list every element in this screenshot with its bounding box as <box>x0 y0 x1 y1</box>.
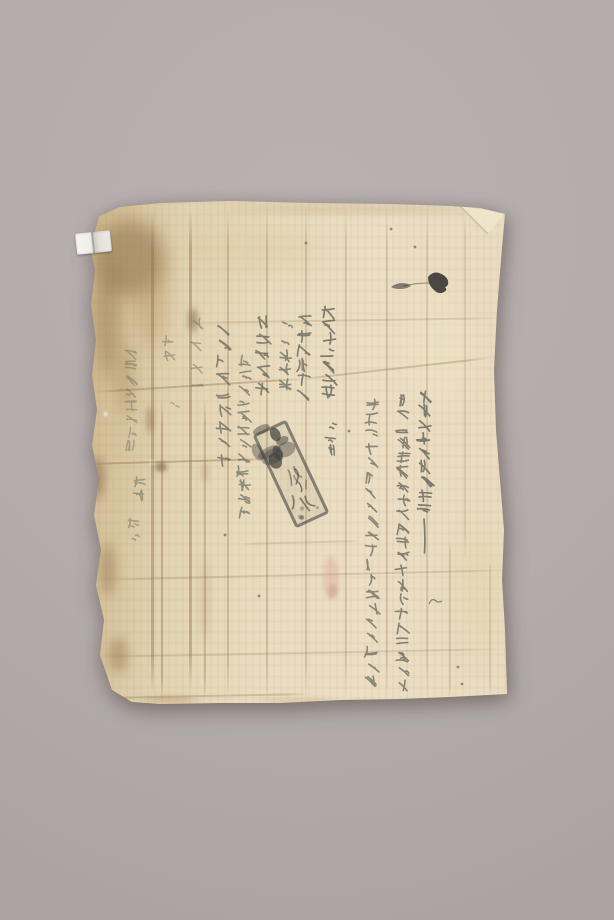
red-smudge <box>328 584 338 598</box>
ink-stamp <box>243 415 327 530</box>
ink-speck <box>305 242 308 245</box>
handwriting-column <box>216 326 231 466</box>
manuscript-paper <box>0 0 614 920</box>
handwriting-column <box>417 391 434 553</box>
handwriting-column <box>190 318 203 386</box>
ink-speck <box>414 246 417 249</box>
ink-blot <box>428 273 448 294</box>
handwriting-column <box>163 336 175 361</box>
handwriting-column <box>237 355 252 517</box>
ink-speck <box>224 534 227 537</box>
handwriting-column <box>325 423 336 455</box>
ink-speck <box>258 595 261 598</box>
pen-caret-mark <box>429 600 442 604</box>
photograph <box>0 0 614 920</box>
ink-layer <box>0 0 614 920</box>
paper-shadow-wrap <box>0 0 614 920</box>
ink-speck <box>461 683 464 686</box>
handwriting-column <box>321 306 337 398</box>
ink-speck <box>457 666 460 669</box>
ink-blot-streak <box>391 283 411 289</box>
handwriting-column <box>128 518 139 540</box>
handwriting-column <box>365 399 380 686</box>
handwriting-column <box>133 477 145 501</box>
handwriting-column <box>256 316 271 395</box>
handwriting-column <box>171 403 179 407</box>
handwriting-column <box>279 322 292 389</box>
handwriting-column <box>395 395 410 691</box>
ink-speck <box>348 430 351 433</box>
handwriting-column <box>297 316 311 400</box>
archival-tag <box>75 230 112 255</box>
handwriting-column <box>125 351 137 451</box>
folded-corner <box>460 206 505 234</box>
ink-speck <box>390 228 393 231</box>
